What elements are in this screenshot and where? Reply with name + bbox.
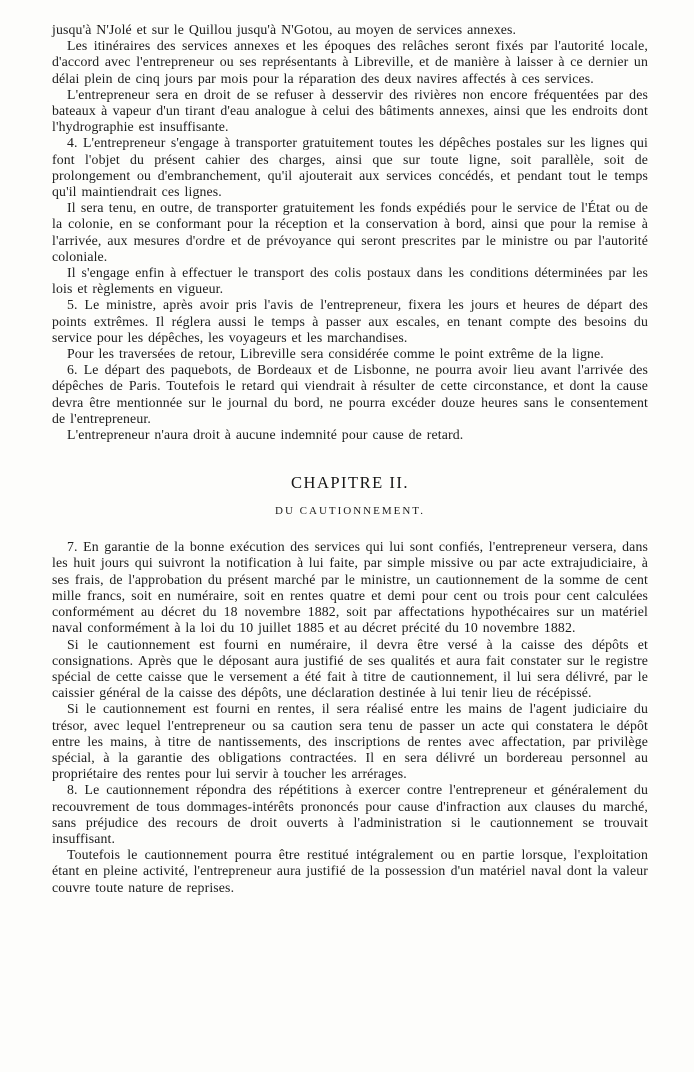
paragraph: Il sera tenu, en outre, de transporter g… xyxy=(52,200,648,265)
paragraph: Si le cautionnement est fourni en rentes… xyxy=(52,701,648,782)
document-page: jusqu'à N'Jolé et sur le Quillou jusqu'à… xyxy=(0,0,694,1072)
paragraph: Les itinéraires des services annexes et … xyxy=(52,38,648,87)
paragraph: Pour les traversées de retour, Librevill… xyxy=(52,346,648,362)
text-block-before-chapter: jusqu'à N'Jolé et sur le Quillou jusqu'à… xyxy=(52,22,648,443)
paragraph: 8. Le cautionnement répondra des répétit… xyxy=(52,782,648,847)
paragraph: Toutefois le cautionnement pourra être r… xyxy=(52,847,648,896)
text-block-chapter-2-body: 7. En garantie de la bonne exécution des… xyxy=(52,539,648,895)
paragraph: 5. Le ministre, après avoir pris l'avis … xyxy=(52,297,648,346)
paragraph: L'entrepreneur n'aura droit à aucune ind… xyxy=(52,427,648,443)
paragraph: Il s'engage enfin à effectuer le transpo… xyxy=(52,265,648,297)
chapter-subtitle: DU CAUTIONNEMENT. xyxy=(52,505,648,518)
paragraph: 4. L'entrepreneur s'engage à transporter… xyxy=(52,135,648,200)
paragraph: L'entrepreneur sera en droit de se refus… xyxy=(52,87,648,136)
paragraph: Si le cautionnement est fourni en numéra… xyxy=(52,637,648,702)
chapter-title: CHAPITRE II. xyxy=(52,474,648,492)
paragraph: 6. Le départ des paquebots, de Bordeaux … xyxy=(52,362,648,427)
paragraph: 7. En garantie de la bonne exécution des… xyxy=(52,539,648,636)
paragraph: jusqu'à N'Jolé et sur le Quillou jusqu'à… xyxy=(52,22,648,38)
